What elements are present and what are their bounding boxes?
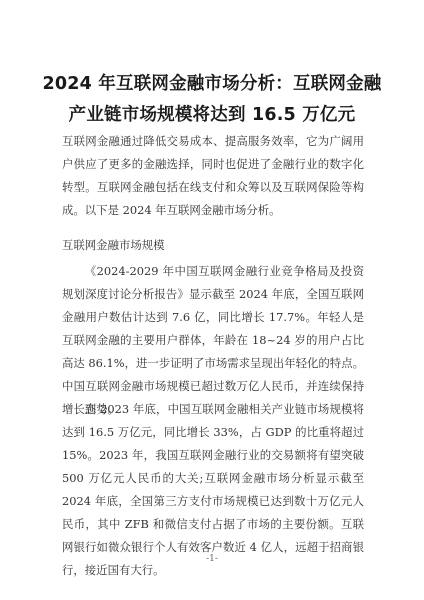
document-page: 2024 年互联网金融市场分析：互联网金融 产业链市场规模将达到 16.5 万亿…: [0, 0, 424, 600]
document-title: 2024 年互联网金融市场分析：互联网金融 产业链市场规模将达到 16.5 万亿…: [40, 69, 384, 131]
page-number: -1-: [0, 554, 424, 564]
title-line-2: 产业链市场规模将达到 16.5 万亿元: [40, 100, 384, 131]
title-line-1: 2024 年互联网金融市场分析：互联网金融: [40, 69, 384, 100]
intro-paragraph: 互联网金融通过降低交易成本、提高服务效率，它为广阔用户供应了更多的金融选择，同时…: [62, 130, 364, 222]
section-heading: 互联网金融市场规模: [62, 234, 364, 257]
paragraph-market-users: 《2024-2029 年中国互联网金融行业竞争格局及投资规划深度讨论分析报告》显…: [62, 260, 364, 421]
